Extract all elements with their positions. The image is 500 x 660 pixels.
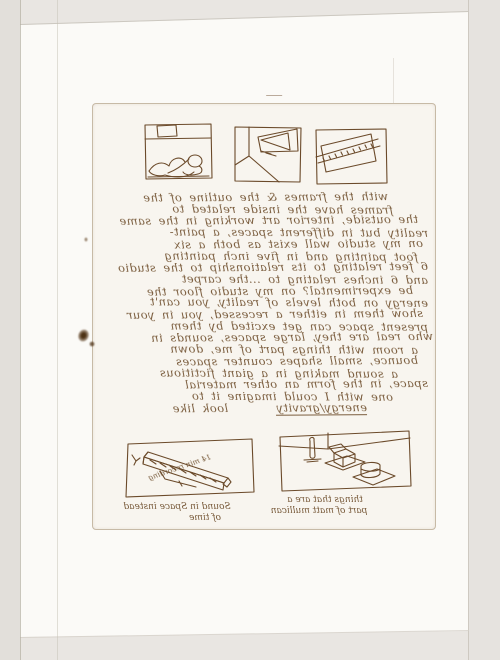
room-corner-lines xyxy=(279,433,410,449)
open-box xyxy=(325,444,365,470)
etched-plate-mark: with the frames & the outline of the fra… xyxy=(92,103,436,530)
things-caption-line1: things that are a xyxy=(279,495,371,505)
sketch-frame xyxy=(316,129,387,184)
round-container xyxy=(353,462,395,485)
background-left-strip xyxy=(0,0,20,660)
ink-blot xyxy=(84,237,88,242)
paper-crease-line xyxy=(57,0,58,660)
reclining-figure xyxy=(148,155,209,177)
reclining-figure-sketch xyxy=(143,122,214,181)
standing-figure xyxy=(304,437,321,462)
mirror-text-closing-line: energy/gravitylook like xyxy=(95,402,367,415)
corner-wedge-sketch xyxy=(233,125,304,184)
things-caption-line2: part of matt mullican xyxy=(259,506,379,516)
window-rect xyxy=(157,125,177,137)
ink-blot xyxy=(89,341,95,347)
wall-floor-line xyxy=(145,138,211,139)
room-objects-sketch xyxy=(277,429,413,493)
underlined-words: energy/gravity xyxy=(276,400,367,416)
sound-caption-line1: Sound in Space instead xyxy=(104,502,250,512)
sound-caption-line2: of time xyxy=(181,513,229,523)
closing-words: look like xyxy=(172,401,228,415)
diagonal-ruler xyxy=(316,139,380,163)
background-right-strip xyxy=(468,0,500,660)
sheet-left-edge-line xyxy=(20,0,21,660)
mirror-writing-block: with the frames & the outline of the fra… xyxy=(95,192,433,414)
zigzag-mark xyxy=(132,455,140,465)
stray-ink-dash xyxy=(264,95,283,100)
diagonal-ruler-sketch xyxy=(314,127,389,186)
photographed-etching: with the frames & the outline of the fra… xyxy=(0,0,500,660)
